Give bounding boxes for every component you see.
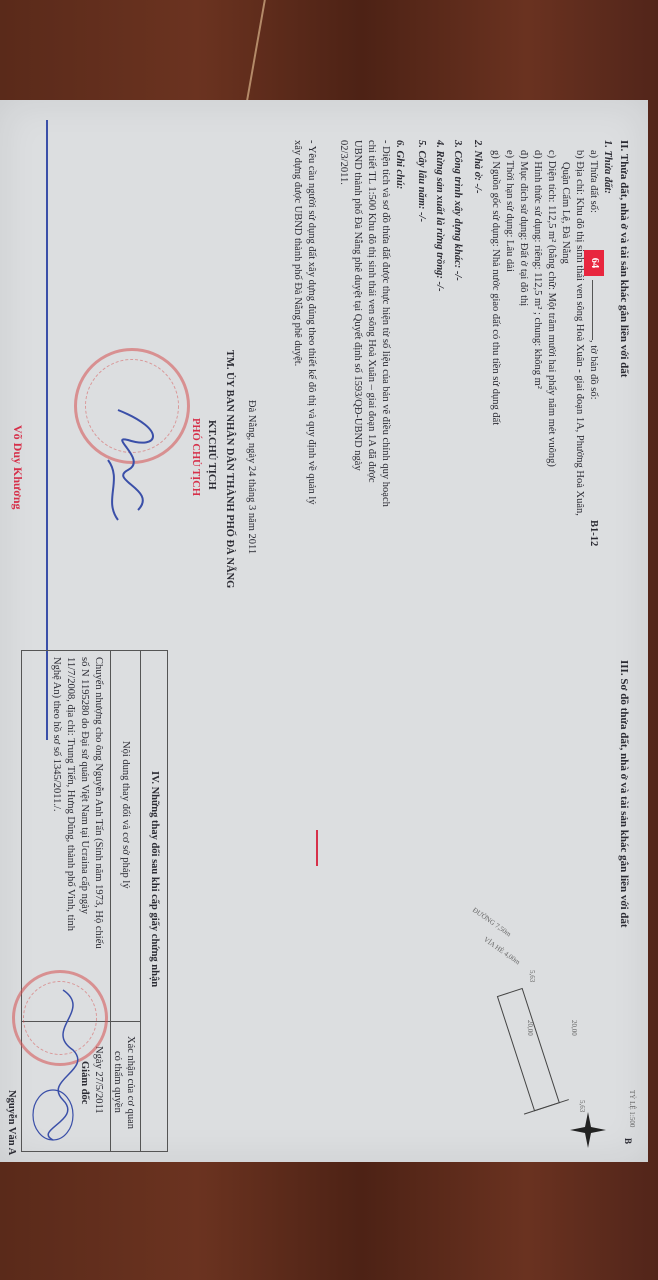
area-line: c) Diện tích: 112,5 m² (bằng chữ: Một tr… xyxy=(545,150,558,467)
blue-border-line xyxy=(46,120,48,740)
wood-grain-line xyxy=(246,0,266,100)
dim-left: 5,63 xyxy=(525,970,538,982)
north-label: B xyxy=(621,1138,634,1144)
item2-house: 2. Nhà ở: -/- xyxy=(471,140,484,193)
item3-other-works: 3. Công trình xây dựng khác: -/- xyxy=(451,140,464,281)
signature-department xyxy=(13,980,103,1150)
parcel-number-label: a) Thửa đất số: xyxy=(587,150,600,213)
red-mark xyxy=(316,830,318,866)
certificate-page: II. Thửa đất, nhà ở và tài sản khác gắn … xyxy=(0,100,648,1162)
origin-line: g) Nguồn gốc sử dụng: Nhà nước giao đất … xyxy=(489,150,502,425)
section-ii-title: II. Thửa đất, nhà ở và tài sản khác gắn … xyxy=(617,140,630,377)
signature-city xyxy=(88,400,178,540)
parcel-underline xyxy=(592,280,593,340)
scale-label: TỶ LỆ 1:500 xyxy=(625,1090,638,1127)
note1-line3: UBND thành phố Đà Nẵng phê duyệt tại Quy… xyxy=(351,140,364,471)
change-row-l1: Chuyển nhượng cho ông Nguyễn Anh Tấn (Si… xyxy=(92,657,105,949)
signer-name: Võ Duy Khương xyxy=(11,425,24,510)
note1-line2: chi tiết TL 1:500 Khu đô thị sinh thái v… xyxy=(365,140,378,483)
dim-top: 20,00 xyxy=(567,1020,580,1036)
signing-organization: TM. ỦY BAN NHÂN DÂN THÀNH PHỐ ĐÀ NẴNG xyxy=(223,350,236,588)
map-sheet-label: , tờ bản đồ số: xyxy=(587,340,600,400)
redacted-parcel-number: 64 xyxy=(584,250,604,276)
signer-title: PHÓ CHỦ TỊCH xyxy=(189,418,202,496)
note2-line2: xây dựng được UBND thành phố Đà Nẵng phê… xyxy=(291,140,304,366)
col-confirm-header-l2: có thẩm quyền xyxy=(111,1051,124,1113)
use-form-line: d) Hình thức sử dụng: riêng: 112,5 m² ; … xyxy=(531,150,544,389)
item6-notes-label: 6. Ghi chú: xyxy=(393,140,406,189)
item5-perennial: 5. Cây lâu năm: -/- xyxy=(415,140,428,222)
change-row-l3: 11/7/2008, địa chỉ: Trung Tiến, Hưng Dũn… xyxy=(64,657,77,931)
address-line2: Quận Cẩm Lệ, Đà Nẵng xyxy=(559,162,572,264)
address-line1: b) Địa chỉ: Khu đô thị sinh thái ven sôn… xyxy=(573,150,586,516)
note2-line1: - Yêu cầu người sử dụng đất xây dựng đún… xyxy=(305,140,318,505)
change-row-l2: số N 1195280 do Đại sứ quán Việt Nam tại… xyxy=(78,657,91,914)
section-iv-title: IV. Những thay đổi sau khi cấp giấy chứn… xyxy=(148,771,161,987)
note1-line4: 02/3/2011. xyxy=(337,140,350,185)
north-arrow-icon xyxy=(568,1110,608,1150)
certificate-paper: II. Thửa đất, nhà ở và tài sản khác gắn … xyxy=(0,100,648,1162)
item4-forest: 4. Rừng sản xuất là rừng trồng: -/- xyxy=(433,140,446,291)
signer-role: KT.CHỦ TỊCH xyxy=(205,420,218,490)
note1-line1: - Diện tích và sơ đồ thửa đất được thực … xyxy=(379,140,392,507)
issue-date: Đà Nẵng, ngày 24 tháng 3 năm 2011 xyxy=(245,400,258,554)
purpose-line: đ) Mục đích sử dụng: Đất ở tại đô thị xyxy=(517,150,530,306)
road-label: ĐƯỜNG 7,50m xyxy=(469,904,513,941)
map-sheet-value: B1-12 xyxy=(587,520,600,546)
confirm-signer: Nguyễn Văn A xyxy=(5,1090,18,1155)
section-iii-title: III. Sơ đồ thửa đất, nhà ở và tài sản kh… xyxy=(617,660,630,928)
col-confirm-header-l1: Xác nhận của cơ quan xyxy=(124,1036,137,1129)
dim-bottom: 20,00 xyxy=(523,1020,536,1036)
change-row-l4: Nghệ An) theo hồ sơ số 1345/2011./. xyxy=(50,657,63,812)
col-changes-header: Nội dung thay đổi và cơ sở pháp lý xyxy=(119,741,132,889)
term-line: e) Thời hạn sử dụng: Lâu dài xyxy=(503,150,516,272)
item1-label: 1. Thửa đất: xyxy=(601,140,614,194)
